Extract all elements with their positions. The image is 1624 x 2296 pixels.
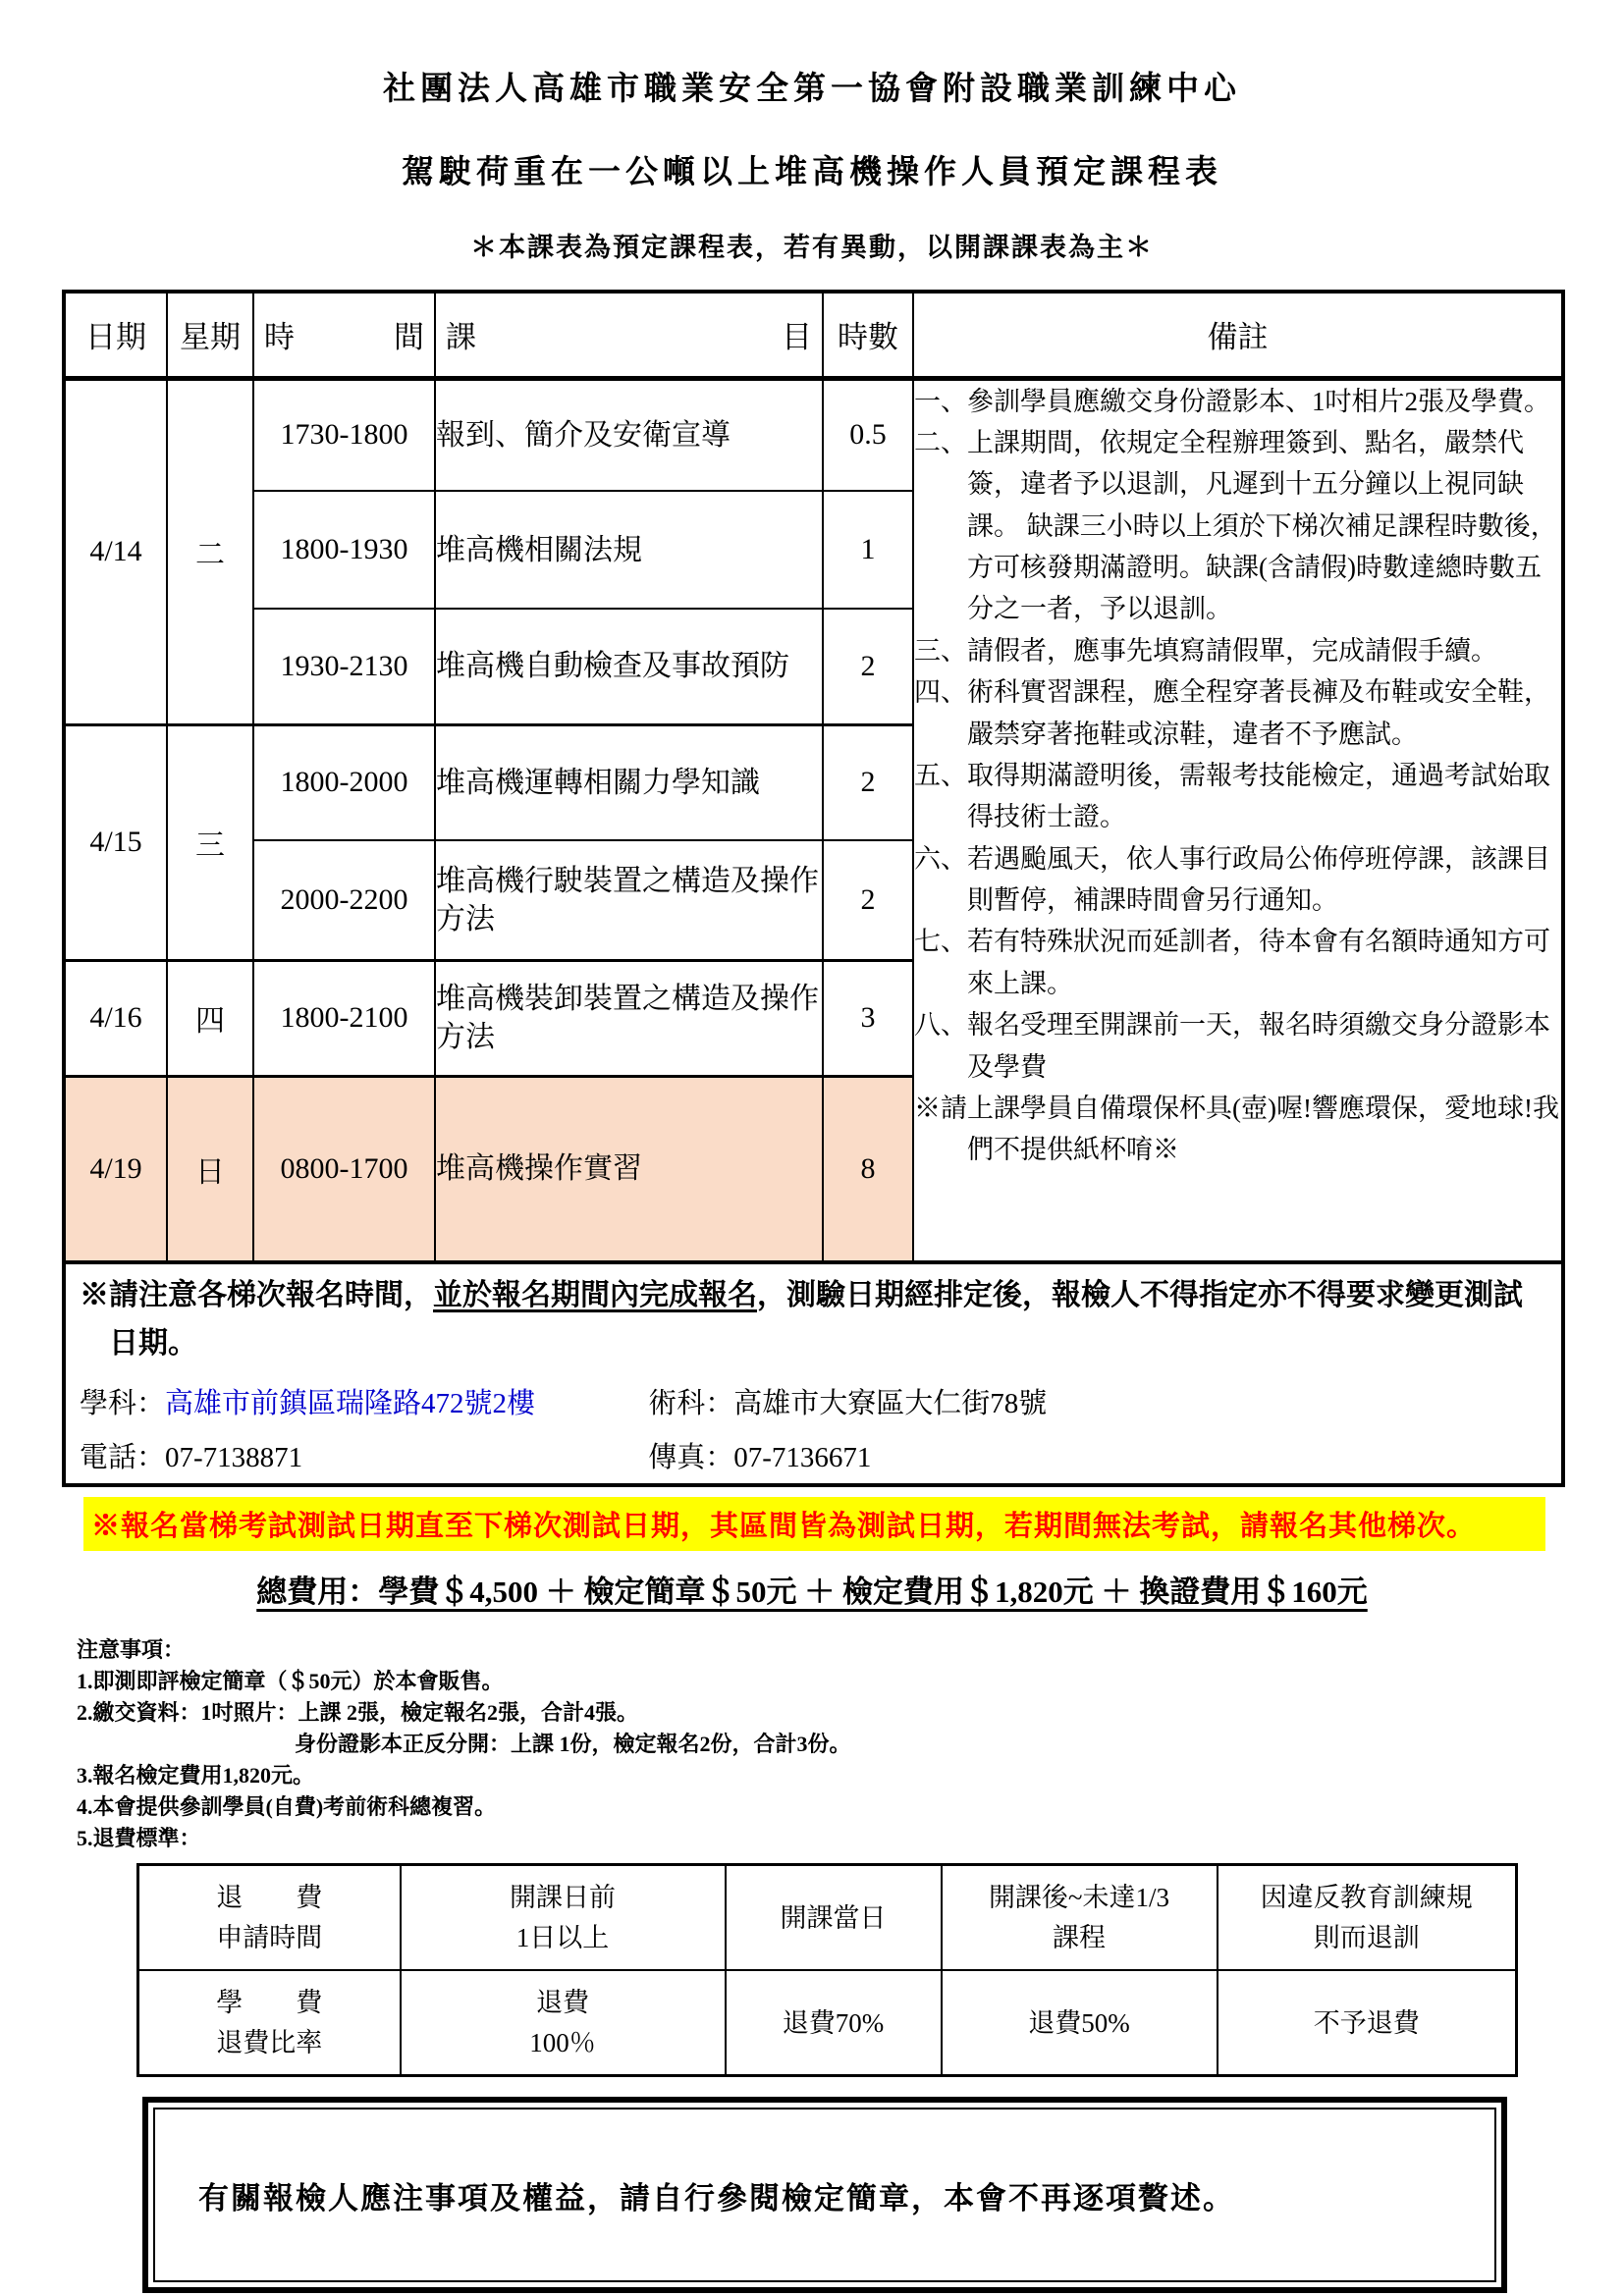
note-item-1: 1.即測即評檢定簡章（＄50元）於本會販售。 [77,1666,1624,1697]
subject-address: 學科：高雄市前鎮區瑞隆路472號2樓 [80,1381,641,1421]
refund-cell-line: 退費50% [944,2003,1216,2044]
subject-address-value: 高雄市前鎮區瑞隆路472號2樓 [165,1388,535,1419]
remark-item: 二、上課期間，依規定全程辦理簽到、點名，嚴禁代簽，違者予以退訓，凡遲到十五分鐘以… [914,422,1561,630]
hours-cell: 3 [823,960,913,1076]
refund-header-cell: 開課日前 1日以上 [401,1865,726,1971]
notice-underlined: 並於報名期間內完成報名 [433,1279,757,1311]
course-cell: 堆高機行駛裝置之構造及操作方法 [435,840,823,960]
remark-item: 五、取得期滿證明後，需報考技能檢定，通過考試始取得技術士證。 [914,755,1561,838]
refund-cell-line: 1日以上 [403,1918,724,1958]
hours-cell: 0.5 [823,378,913,491]
date-cell: 4/16 [64,960,167,1076]
hours-cell: 2 [823,840,913,960]
course-schedule-table: 日期 星期 時 間 課 目 時數 備註 [62,290,1565,1487]
document-page: 社團法人高雄市職業安全第一協會附設職業訓練中心 駕駛荷重在一公噸以上堆高機操作人… [0,0,1624,2296]
refund-cell-line: 開課當日 [728,1898,940,1939]
col-header-remarks: 備註 [913,292,1563,378]
note-item-5: 5.退費標準： [77,1823,1624,1854]
refund-header-cell: 開課後~未達1/3 課程 [942,1865,1218,1971]
col-header-hours: 時數 [823,292,913,378]
refund-table: 退 費 申請時間 開課日前 1日以上 開課當日 開課後~未達1/3 課程 因違反… [136,1863,1518,2077]
refund-cell-line: 退費70% [728,2003,940,2044]
col-header-time: 時 間 [253,292,435,378]
refund-value-cell: 學 費 退費比率 [138,1970,401,2076]
course-cell: 報到、簡介及安衛宣導 [435,378,823,491]
hours-cell: 2 [823,609,913,724]
refund-value-cell: 不予退費 [1218,1970,1517,2076]
time-cell: 2000-2200 [253,840,435,960]
refund-cell-line: 申請時間 [140,1918,399,1958]
refund-cell-line: 開課日前 [403,1878,724,1918]
note-item-2-continued: 身份證影本正反分開：上課 1份，檢定報名2份，合計3份。 [77,1729,1624,1760]
remark-item: 六、若遇颱風天，依人事行政局公佈停班停課，該課目則暫停，補課時間會另行通知。 [914,838,1561,922]
refund-header-cell: 因違反教育訓練規 則而退訓 [1218,1865,1517,1971]
refund-cell-line: 退 費 [140,1878,399,1918]
remark-item: ※請上課學員自備環保杯具(壺)喔!響應環保，愛地球!我們不提供紙杯唷※ [914,1088,1561,1171]
notes-section: 注意事項： 1.即測即評檢定簡章（＄50元）於本會販售。 2.繳交資料：1吋照片… [77,1634,1624,1853]
time-cell: 1730-1800 [253,378,435,491]
refund-cell-line: 則而退訓 [1219,1918,1515,1958]
refund-cell-line: 退費 [403,1983,724,2023]
refund-cell-line: 課程 [944,1918,1216,1958]
course-cell: 堆高機操作實習 [435,1076,823,1262]
notes-title: 注意事項： [77,1634,1624,1666]
refund-value-cell: 退費70% [726,1970,942,2076]
footer-notice-box: 有關報檢人應注事項及權益，請自行參閱檢定簡章，本會不再逐項贅述。 [142,2097,1507,2293]
note-item-3: 3.報名檢定費用1,820元。 [77,1760,1624,1791]
hours-cell: 2 [823,724,913,840]
time-cell: 1930-2130 [253,609,435,724]
col-header-date: 日期 [64,292,167,378]
phone-number: 電話：07-7138871 [80,1435,641,1475]
refund-value-cell: 退費50% [942,1970,1218,2076]
schedule-disclaimer: ＊本課表為預定課程表，若有異動，以開課課表為主＊ [0,226,1624,264]
exam-date-warning-banner: ※報名當梯考試測試日期直至下梯次測試日期，其區間皆為測試日期，若期間無法考試，請… [83,1497,1545,1551]
refund-value-row: 學 費 退費比率 退費 100％ 退費70% 退費50% 不予退費 [138,1970,1517,2076]
refund-header-cell: 退 費 申請時間 [138,1865,401,1971]
week-cell: 四 [167,960,253,1076]
refund-cell-line: 100％ [403,2023,724,2063]
date-cell: 4/14 [64,378,167,724]
note-item-2: 2.繳交資料：1吋照片：上課 2張，檢定報名2張，合計4張。 [77,1697,1624,1729]
col-header-course: 課 目 [435,292,823,378]
refund-cell-line: 因違反教育訓練規 [1219,1878,1515,1918]
registration-notice-row: ※請注意各梯次報名時間，並於報名期間內完成報名，測驗日期經排定後，報檢人不得指定… [64,1262,1563,1485]
remark-item: 四、術科實習課程，應全程穿著長褲及布鞋或安全鞋，嚴禁穿著拖鞋或涼鞋，違者不予應試… [914,671,1561,755]
course-cell: 堆高機相關法規 [435,491,823,609]
col-header-week: 星期 [167,292,253,378]
week-cell: 三 [167,724,253,960]
week-cell: 日 [167,1076,253,1262]
note-item-4: 4.本會提供參訓學員(自費)考前術科總複習。 [77,1791,1624,1823]
week-cell: 二 [167,378,253,724]
date-cell: 4/15 [64,724,167,960]
total-fee-text: 總費用：學費＄4,500 ＋ 檢定簡章＄50元 ＋ 檢定費用＄1,820元 ＋ … [256,1575,1368,1609]
refund-header-row: 退 費 申請時間 開課日前 1日以上 開課當日 開課後~未達1/3 課程 因違反… [138,1865,1517,1971]
course-header-right: 目 [782,312,812,356]
refund-cell-line: 學 費 [140,1983,399,2023]
remark-item: 三、請假者，應事先填寫請假單，完成請假手續。 [914,630,1561,671]
fax-number: 傳真：07-7136671 [648,1442,871,1473]
time-cell: 1800-2000 [253,724,435,840]
time-cell: 0800-1700 [253,1076,435,1262]
remark-item: 七、若有特殊狀況而延訓者，待本會有名額時通知方可來上課。 [914,921,1561,1004]
schedule-row: 4/14 二 1730-1800 報到、簡介及安衛宣導 0.5 一、參訓學員應繳… [64,378,1563,491]
time-header-right: 間 [394,312,424,356]
refund-cell-line: 開課後~未達1/3 [944,1878,1216,1918]
course-header-left: 課 [446,312,476,356]
subject-label: 學科： [80,1388,165,1419]
refund-value-cell: 退費 100％ [401,1970,726,2076]
notice-prefix: ※請注意各梯次報名時間， [80,1279,433,1311]
org-title: 社團法人高雄市職業安全第一協會附設職業訓練中心 [0,0,1624,109]
address-line: 學科：高雄市前鎮區瑞隆路472號2樓 術科：高雄市大寮區大仁街78號 [80,1381,1547,1421]
refund-cell-line: 退費比率 [140,2023,399,2063]
course-table-title: 駕駛荷重在一公噸以上堆高機操作人員預定課程表 [0,146,1624,192]
practice-address: 術科：高雄市大寮區大仁街78號 [648,1388,1047,1419]
refund-header-cell: 開課當日 [726,1865,942,1971]
registration-notice-cell: ※請注意各梯次報名時間，並於報名期間內完成報名，測驗日期經排定後，報檢人不得指定… [64,1262,1563,1485]
course-cell: 堆高機裝卸裝置之構造及操作方法 [435,960,823,1076]
time-cell: 1800-1930 [253,491,435,609]
hours-cell: 1 [823,491,913,609]
course-cell: 堆高機自動檢查及事故預防 [435,609,823,724]
date-cell: 4/19 [64,1076,167,1262]
time-cell: 1800-2100 [253,960,435,1076]
remark-item: 八、報名受理至開課前一天，報名時須繳交身分證影本及學費 [914,1004,1561,1088]
remark-item: 一、參訓學員應繳交身份證影本、1吋相片2張及學費。 [914,381,1561,422]
document-header: 社團法人高雄市職業安全第一協會附設職業訓練中心 駕駛荷重在一公噸以上堆高機操作人… [0,0,1624,264]
refund-cell-line: 不予退費 [1219,2003,1515,2044]
registration-notice: ※請注意各梯次報名時間，並於報名期間內完成報名，測驗日期經排定後，報檢人不得指定… [80,1272,1547,1367]
hours-cell: 8 [823,1076,913,1262]
remarks-cell: 一、參訓學員應繳交身份證影本、1吋相片2張及學費。 二、上課期間，依規定全程辦理… [913,378,1563,1262]
total-fee-line: 總費用：學費＄4,500 ＋ 檢定簡章＄50元 ＋ 檢定費用＄1,820元 ＋ … [0,1567,1624,1611]
time-header-left: 時 [264,312,295,356]
course-cell: 堆高機運轉相關力學知識 [435,724,823,840]
footer-notice-text: 有關報檢人應注事項及權益，請自行參閱檢定簡章，本會不再逐項贅述。 [153,2108,1496,2282]
phone-line: 電話：07-7138871 傳真：07-7136671 [80,1435,1547,1475]
